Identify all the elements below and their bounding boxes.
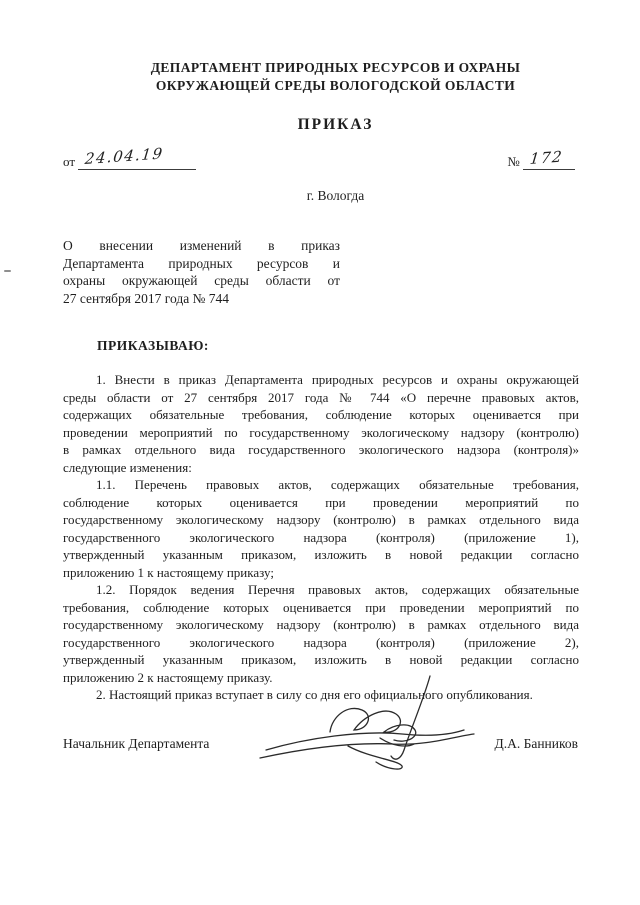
scan-artifact-dash <box>4 270 11 272</box>
text-line: охраны окружающей среды области от <box>63 272 340 290</box>
paragraph-1-1: 1.1. Перечень правовых актов, содержащих… <box>63 476 579 581</box>
document-title: ПРИКАЗ <box>63 116 608 134</box>
text-line: государственному экологическому надзору … <box>63 616 579 634</box>
document-page: ДЕПАРТАМЕНТ ПРИРОДНЫХ РЕСУРСОВ И ОХРАНЫ … <box>0 0 640 905</box>
text-line: 27 сентября 2017 года № 744 <box>63 290 340 308</box>
organization-header-line2: ОКРУЖАЮЩЕЙ СРЕДЫ ВОЛОГОДСКОЙ ОБЛАСТИ <box>63 77 608 95</box>
text-line: приложению 1 к настоящему приказу; <box>63 564 579 582</box>
text-line: среды области от 27 сентября 2017 года №… <box>63 389 579 407</box>
handwritten-date: 24.04.19 <box>84 144 165 168</box>
text-line: следующие изменения: <box>63 459 579 477</box>
resolution-heading: ПРИКАЗЫВАЮ: <box>97 338 209 354</box>
text-line: соблюдение которых оценивается при прове… <box>63 494 579 512</box>
text-line: 1.1. Перечень правовых актов, содержащих… <box>63 476 579 494</box>
text-line: государственного экологического надзора … <box>63 634 579 652</box>
organization-header-line1: ДЕПАРТАМЕНТ ПРИРОДНЫХ РЕСУРСОВ И ОХРАНЫ <box>63 59 608 77</box>
text-line: содержащих обязательные требования, собл… <box>63 406 579 424</box>
text-line: требования, соблюдение которых оценивает… <box>63 599 579 617</box>
signer-name: Д.А. Банников <box>495 736 579 752</box>
handwritten-number: 172 <box>529 148 564 168</box>
text-line: государственному экологическому надзору … <box>63 511 579 529</box>
text-line: 1. Внести в приказ Департамента природны… <box>63 371 579 389</box>
text-line: О внесении изменений в приказ <box>63 237 340 255</box>
signature-row: Начальник Департамента Д.А. Банников <box>63 736 578 752</box>
paragraph-1-2: 1.2. Порядок ведения Перечня правовых ак… <box>63 581 579 686</box>
date-label: от <box>63 154 75 169</box>
text-line: утвержденный указанным приказом, изложит… <box>63 546 579 564</box>
subject-block: О внесении изменений в приказДепартамент… <box>63 237 340 307</box>
organization-header: ДЕПАРТАМЕНТ ПРИРОДНЫХ РЕСУРСОВ И ОХРАНЫ … <box>63 59 608 94</box>
number-label: № <box>507 154 519 169</box>
signature-scribble-icon <box>252 674 482 774</box>
number-field: № 172 <box>507 152 575 170</box>
number-underline: 172 <box>523 152 575 170</box>
text-line: Департамента природных ресурсов и <box>63 255 340 273</box>
text-line: в рамках отдельного вида государственног… <box>63 441 579 459</box>
text-line: утвержденный указанным приказом, изложит… <box>63 651 579 669</box>
text-line: 1.2. Порядок ведения Перечня правовых ак… <box>63 581 579 599</box>
date-underline: 24.04.19 <box>78 152 196 170</box>
meta-row: от 24.04.19 № 172 <box>63 152 580 178</box>
date-field: от 24.04.19 <box>63 152 196 170</box>
city-line: г. Вологда <box>63 188 608 204</box>
text-line: государственного экологического надзора … <box>63 529 579 547</box>
paragraph-1: 1. Внести в приказ Департамента природны… <box>63 371 579 476</box>
text-line: проведении мероприятий по государственно… <box>63 424 579 442</box>
signer-position: Начальник Департамента <box>63 736 209 752</box>
document-body: 1. Внести в приказ Департамента природны… <box>63 371 579 704</box>
